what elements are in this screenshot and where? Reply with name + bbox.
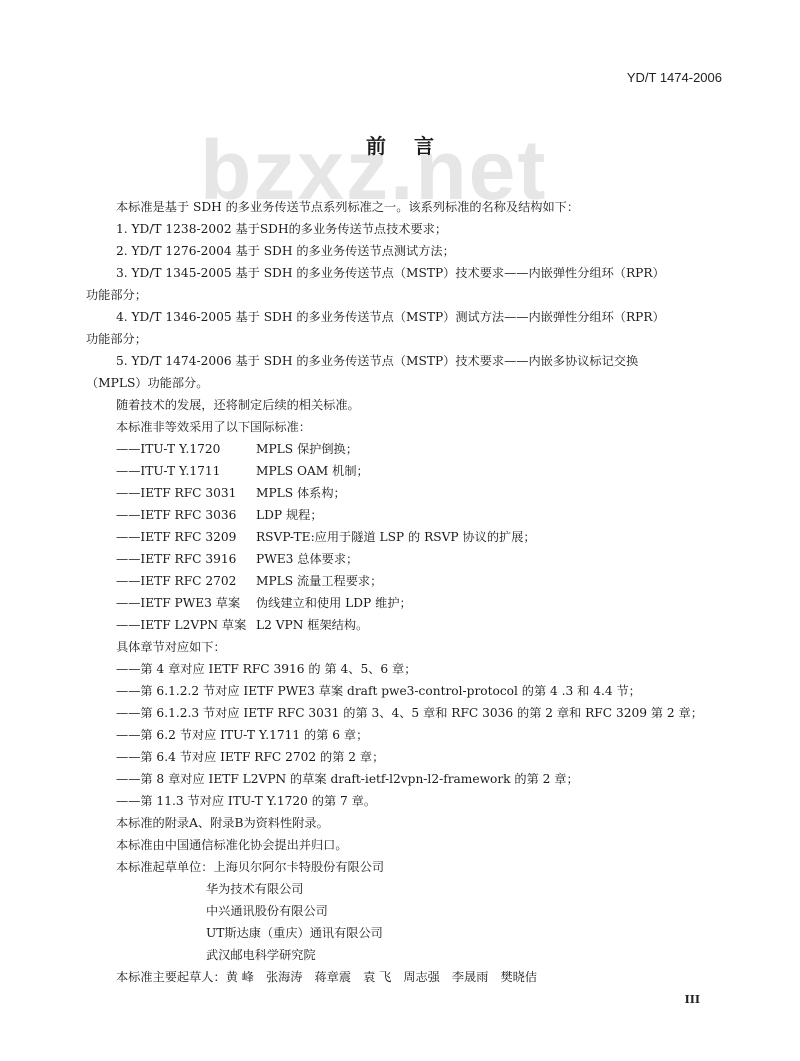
series-item-5-continuation: （MPLS）功能部分。: [86, 372, 736, 394]
mapping-intro: 具体章节对应如下：: [86, 636, 736, 658]
adopted-standard-id: ——IETF L2VPN 草案: [116, 614, 256, 636]
adopted-standard-id: ——ITU-T Y.1711: [116, 460, 256, 482]
drafters: 本标准主要起草人：黄 峰张海涛蒋章震袁 飞周志强李晟雨樊晓佶: [86, 966, 736, 988]
intro-paragraph: 本标准是基于 SDH 的多业务传送节点系列标准之一。该系列标准的名称及结构如下：: [86, 196, 736, 218]
chapter-mapping: ——第 4 章对应 IETF RFC 3916 的 第 4、5、6 章；: [86, 658, 736, 680]
adoption-intro: 本标准非等效采用了以下国际标准：: [86, 416, 736, 438]
drafting-unit: 武汉邮电科学研究院: [86, 944, 736, 966]
adopted-standard-desc: 伪线建立和使用 LDP 维护；: [256, 592, 412, 614]
adopted-standard-desc: MPLS OAM 机制；: [256, 460, 369, 482]
drafting-unit: UT斯达康（重庆）通讯有限公司: [86, 922, 736, 944]
drafters-label: 本标准主要起草人：: [116, 970, 226, 984]
drafter-name: 樊晓佶: [500, 970, 537, 984]
adopted-standard-desc: RSVP-TE:应用于隧道 LSP 的 RSVP 协议的扩展；: [256, 526, 536, 548]
drafter-name: 袁 飞: [363, 970, 391, 984]
drafter-name: 李晟雨: [452, 970, 489, 984]
adopted-standard-row: ——IETF RFC 2702 MPLS 流量工程要求；: [86, 570, 736, 592]
adopted-standard-row: ——IETF RFC 3209 RSVP-TE:应用于隧道 LSP 的 RSVP…: [86, 526, 736, 548]
chapter-mapping: ——第 11.3 节对应 ITU-T Y.1720 的第 7 章。: [86, 790, 736, 812]
adopted-standard-row: ——IETF RFC 3031 MPLS 体系构；: [86, 482, 736, 504]
adopted-standard-row: ——ITU-T Y.1720 MPLS 保护倒换；: [86, 438, 736, 460]
adopted-standard-id: ——IETF RFC 2702: [116, 570, 256, 592]
adopted-standard-desc: MPLS 流量工程要求；: [256, 570, 382, 592]
page-number: III: [685, 993, 700, 1006]
adopted-standard-id: ——IETF RFC 3031: [116, 482, 256, 504]
chapter-mapping: ——第 6.4 节对应 IETF RFC 2702 的第 2 章；: [86, 746, 736, 768]
adopted-standard-row: ——IETF PWE3 草案 伪线建立和使用 LDP 维护；: [86, 592, 736, 614]
document-code: YD/T 1474-2006: [627, 70, 722, 85]
adopted-standard-id: ——ITU-T Y.1720: [116, 438, 256, 460]
drafting-unit: 华为技术有限公司: [86, 878, 736, 900]
drafting-units: 本标准起草单位：上海贝尔阿尔卡特股份有限公司: [86, 856, 736, 878]
adopted-standard-id: ——IETF RFC 3209: [116, 526, 256, 548]
adopted-standard-desc: LDP 规程；: [256, 504, 323, 526]
adopted-standard-row: ——ITU-T Y.1711 MPLS OAM 机制；: [86, 460, 736, 482]
proposer-note: 本标准由中国通信标准化协会提出并归口。: [86, 834, 736, 856]
drafter-name: 蒋章震: [315, 970, 352, 984]
adopted-standard-id: ——IETF RFC 3036: [116, 504, 256, 526]
adopted-standard-row: ——IETF L2VPN 草案 L2 VPN 框架结构。: [86, 614, 736, 636]
series-item-2: 2. YD/T 1276-2004 基于 SDH 的多业务传送节点测试方法；: [86, 240, 736, 262]
chapter-mapping: ——第 6.2 节对应 ITU-T Y.1711 的第 6 章；: [86, 724, 736, 746]
drafting-unit: 中兴通讯股份有限公司: [86, 900, 736, 922]
series-item-3-continuation: 功能部分；: [86, 284, 736, 306]
adopted-standard-desc: MPLS 保护倒换；: [256, 438, 358, 460]
chapter-mapping: ——第 8 章对应 IETF L2VPN 的草案 draft-ietf-l2vp…: [86, 768, 736, 790]
drafter-name: 黄 峰: [226, 970, 254, 984]
adopted-standard-row: ——IETF RFC 3036 LDP 规程；: [86, 504, 736, 526]
page-title: 前言: [0, 130, 800, 159]
adopted-standard-desc: L2 VPN 框架结构。: [256, 614, 368, 636]
adopted-standard-id: ——IETF RFC 3916: [116, 548, 256, 570]
drafting-units-label: 本标准起草单位：: [116, 860, 214, 874]
drafter-name: 张海涛: [266, 970, 303, 984]
adopted-standard-desc: PWE3 总体要求；: [256, 548, 358, 570]
appendix-note: 本标准的附录A、附录B为资料性附录。: [86, 812, 736, 834]
series-item-1: 1. YD/T 1238-2002 基于SDH的多业务传送节点技术要求；: [86, 218, 736, 240]
drafter-name: 周志强: [403, 970, 440, 984]
chapter-mapping: ——第 6.1.2.2 节对应 IETF PWE3 草案 draft pwe3-…: [86, 680, 736, 702]
drafting-unit: 上海贝尔阿尔卡特股份有限公司: [214, 860, 385, 874]
adopted-standard-id: ——IETF PWE3 草案: [116, 592, 256, 614]
series-item-5: 5. YD/T 1474-2006 基于 SDH 的多业务传送节点（MSTP）技…: [86, 350, 736, 372]
foreword-body: 本标准是基于 SDH 的多业务传送节点系列标准之一。该系列标准的名称及结构如下：…: [86, 196, 736, 988]
adopted-standard-row: ——IETF RFC 3916 PWE3 总体要求；: [86, 548, 736, 570]
chapter-mapping: ——第 6.1.2.3 节对应 IETF RFC 3031 的第 3、4、5 章…: [86, 702, 736, 724]
series-item-4: 4. YD/T 1346-2005 基于 SDH 的多业务传送节点（MSTP）测…: [86, 306, 736, 328]
adopted-standard-desc: MPLS 体系构；: [256, 482, 346, 504]
series-item-3: 3. YD/T 1345-2005 基于 SDH 的多业务传送节点（MSTP）技…: [86, 262, 736, 284]
future-paragraph: 随着技术的发展，还将制定后续的相关标准。: [86, 394, 736, 416]
series-item-4-continuation: 功能部分；: [86, 328, 736, 350]
